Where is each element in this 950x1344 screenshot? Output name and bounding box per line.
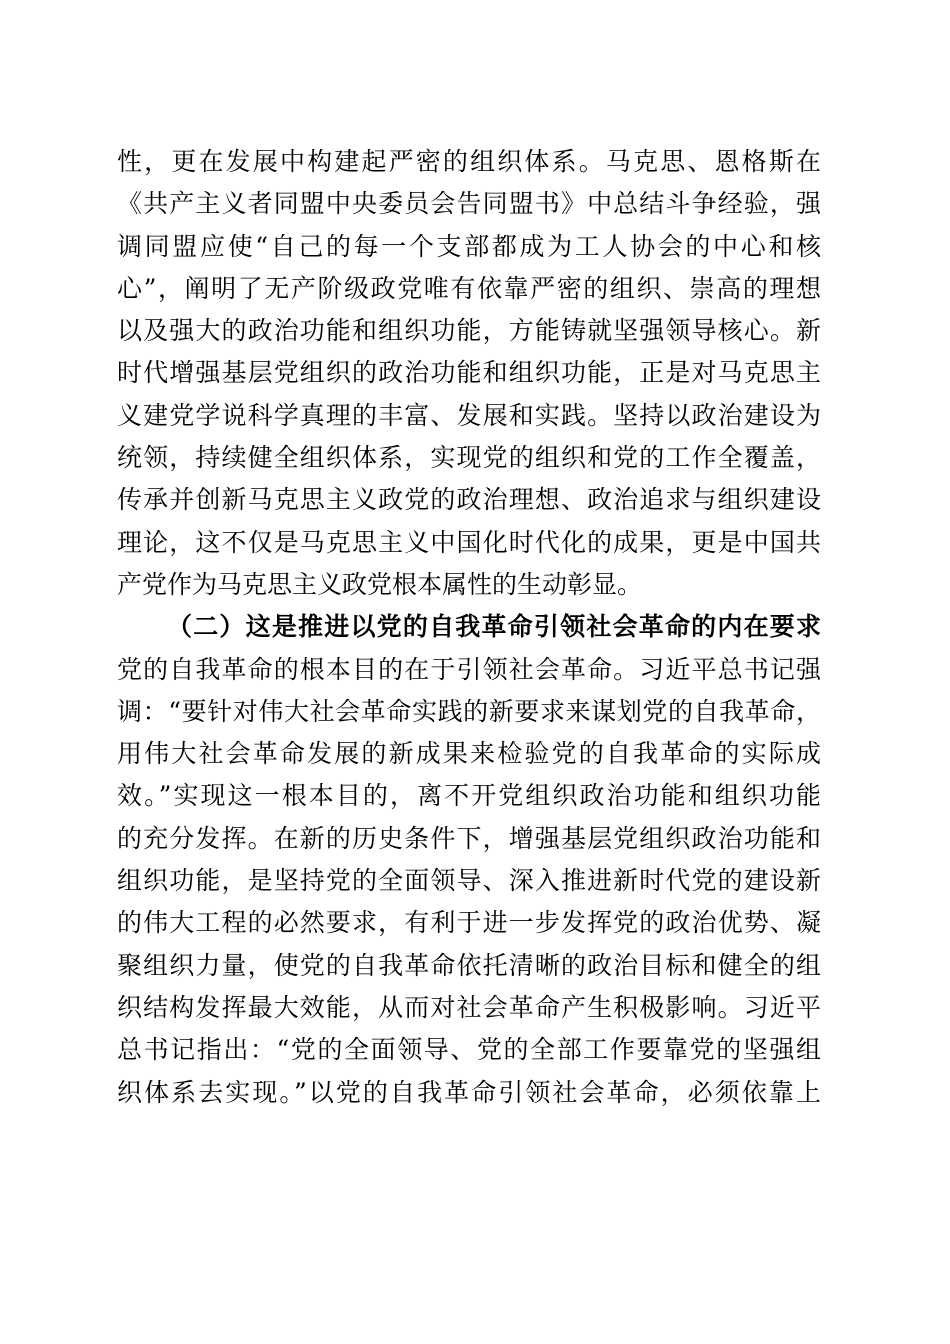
- text-line: 的充分发挥。在新的历史条件下，增强基层党组织政治功能和: [117, 818, 821, 860]
- text-line: 效。”实现这一根本目的，离不开党组织政治功能和组织功能: [117, 775, 821, 817]
- text-line: 的伟大工程的必然要求，有利于进一步发挥党的政治优势、凝: [117, 902, 821, 944]
- text-line: 党的自我革命的根本目的在于引领社会革命。习近平总书记强: [117, 649, 821, 691]
- text-line: 产党作为马克思主义政党根本属性的生动彰显。: [117, 564, 821, 606]
- text-line: 总书记指出：“党的全面领导、党的全部工作要靠党的坚强组: [117, 1029, 821, 1071]
- text-line: 义建党学说科学真理的丰富、发展和实践。坚持以政治建设为: [117, 395, 821, 437]
- text-line: 调：“要针对伟大社会革命实践的新要求来谋划党的自我革命，: [117, 691, 821, 733]
- section-heading-text: （二）这是推进以党的自我革命引领社会革命的内在要求: [117, 606, 821, 648]
- text-line: 心”，阐明了无产阶级政党唯有依靠严密的组织、崇高的理想: [117, 268, 821, 310]
- section-heading: （二）这是推进以党的自我革命引领社会革命的内在要求: [117, 606, 821, 648]
- text-line: 《共产主义者同盟中央委员会告同盟书》中总结斗争经验，强: [117, 183, 821, 225]
- text-line: 时代增强基层党组织的政治功能和组织功能，正是对马克思主: [117, 352, 821, 394]
- body-paragraph-2: 党的自我革命的根本目的在于引领社会革命。习近平总书记强 调：“要针对伟大社会革命…: [117, 649, 821, 1114]
- text-line: 织体系去实现。”以党的自我革命引领社会革命，必须依靠上: [117, 1072, 821, 1114]
- text-line: 理论，这不仅是马克思主义中国化时代化的成果，更是中国共: [117, 522, 821, 564]
- text-line: 聚组织力量，使党的自我革命依托清晰的政治目标和健全的组: [117, 945, 821, 987]
- text-line: 传承并创新马克思主义政党的政治理想、政治追求与组织建设: [117, 479, 821, 521]
- text-line: 以及强大的政治功能和组织功能，方能铸就坚强领导核心。新: [117, 310, 821, 352]
- body-paragraph-1: 性，更在发展中构建起严密的组织体系。马克思、恩格斯在 《共产主义者同盟中央委员会…: [117, 141, 821, 606]
- text-line: 统领，持续健全组织体系，实现党的组织和党的工作全覆盖，: [117, 437, 821, 479]
- text-line: 性，更在发展中构建起严密的组织体系。马克思、恩格斯在: [117, 141, 821, 183]
- text-line: 用伟大社会革命发展的新成果来检验党的自我革命的实际成: [117, 733, 821, 775]
- document-page: 性，更在发展中构建起严密的组织体系。马克思、恩格斯在 《共产主义者同盟中央委员会…: [117, 141, 821, 1114]
- text-line: 织结构发挥最大效能，从而对社会革命产生积极影响。习近平: [117, 987, 821, 1029]
- text-line: 调同盟应使“自己的每一个支部都成为工人协会的中心和核: [117, 226, 821, 268]
- text-line: 组织功能，是坚持党的全面领导、深入推进新时代党的建设新: [117, 860, 821, 902]
